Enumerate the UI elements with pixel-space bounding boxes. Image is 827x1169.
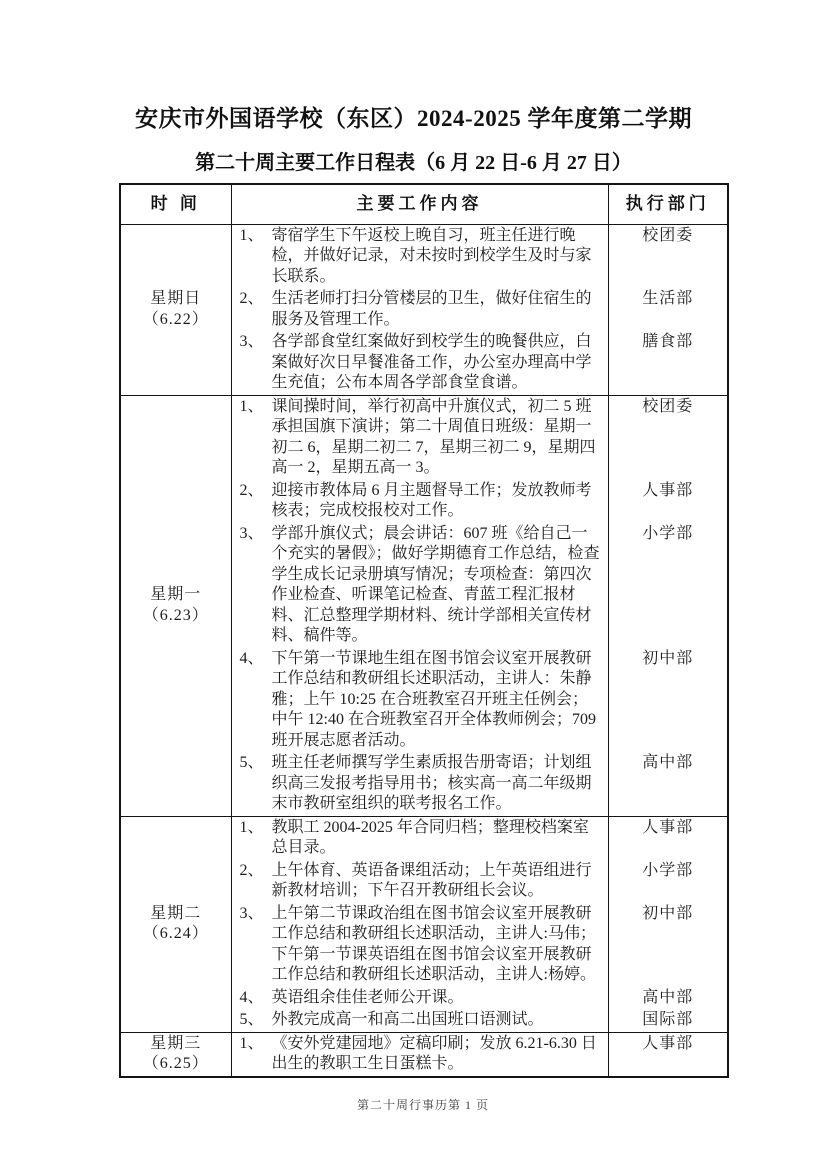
- work-item: 4、下午第一节课地生组在图书馆会议室开展教研工作总结和教研组长述职活动，主讲人：…: [240, 649, 602, 752]
- work-item: 1、寄宿学生下午返校上晚自习，班主任进行晚检，并做好记录，对未按时到校学生及时与…: [240, 226, 602, 288]
- schedule-table-body: 星期日（6.22）1、寄宿学生下午返校上晚自习，班主任进行晚检，并做好记录，对未…: [120, 224, 728, 1077]
- document-page: 安庆市外国语学校（东区）2024-2025 学年度第二学期 第二十周主要工作日程…: [0, 0, 827, 1169]
- item-text-line: 上午第二节课政治组在图书馆会议室开展教研工作总结和教研组长述职活动，主讲人:马伟…: [272, 904, 602, 945]
- content-cell: 2、上午体育、英语备课组活动；上午英语组进行新教材培训；下午召开教研组长会议。: [231, 860, 608, 903]
- item-number: 1、: [240, 226, 272, 288]
- content-cell: 3、学部升旗仪式；晨会讲话：607 班《给自己一个充实的暑假》；做好学期德育工作…: [231, 523, 608, 648]
- item-number: 5、: [240, 753, 272, 815]
- item-text-line: 班主任老师撰写学生素质报告册寄语；计划组织高三发报考指导用书；核实高一高二年级期…: [272, 753, 602, 815]
- work-item: 1、《安外党建园地》定稿印刷；发放 6.21-6.30 日出生的教职工生日蛋糕卡…: [240, 1034, 602, 1075]
- content-cell: 5、班主任老师撰写学生素质报告册寄语；计划组织高三发报考指导用书；核实高一高二年…: [231, 752, 608, 816]
- table-row: 星期一（6.23）1、课间操时间，举行初高中升旗仪式，初二 5 班承担国旗下演讲…: [120, 395, 728, 480]
- item-text-line: 各学部食堂红案做好到校学生的晚餐供应，白案做好次日早餐准备工作，办公室办理高中学…: [272, 332, 602, 394]
- table-header-row: 时 间 主要工作内容 执行部门: [120, 184, 728, 224]
- day-label: 星期日: [121, 289, 231, 310]
- item-text-line: 下午第一节课英语组在图书馆会议室开展教研工作总结和教研组长述职活动，主讲人:杨婷…: [272, 945, 602, 986]
- item-number: 2、: [240, 481, 272, 522]
- item-text-line: 外教完成高一和高二出国班口语测试。: [272, 1010, 602, 1031]
- date-label: （6.23）: [121, 606, 231, 627]
- item-text-line: 生活老师打扫分管楼层的卫生，做好住宿生的服务及管理工作。: [272, 289, 602, 330]
- department-cell: 初中部: [608, 903, 728, 987]
- department-cell: 小学部: [608, 523, 728, 648]
- content-cell: 5、外教完成高一和高二出国班口语测试。: [231, 1009, 608, 1032]
- item-number: 1、: [240, 397, 272, 479]
- content-cell: 2、迎接市教体局 6 月主题督导工作；发放教师考核表；完成校报校对工作。: [231, 480, 608, 523]
- work-item: 1、课间操时间，举行初高中升旗仪式，初二 5 班承担国旗下演讲；第二十周值日班级…: [240, 397, 602, 479]
- work-item: 3、各学部食堂红案做好到校学生的晚餐供应，白案做好次日早餐准备工作，办公室办理高…: [240, 332, 602, 394]
- item-text: 学部升旗仪式；晨会讲话：607 班《给自己一个充实的暑假》；做好学期德育工作总结…: [272, 524, 602, 647]
- day-label: 星期二: [121, 904, 231, 925]
- department-cell: 校团委: [608, 224, 728, 288]
- document-title: 安庆市外国语学校（东区）2024-2025 学年度第二学期: [0, 103, 827, 135]
- work-item: 1、教职工 2004-2025 年合同归档；整理校档案室总目录。: [240, 818, 602, 859]
- date-label: （6.22）: [121, 310, 231, 331]
- item-text: 课间操时间，举行初高中升旗仪式，初二 5 班承担国旗下演讲；第二十周值日班级：星…: [272, 397, 602, 479]
- work-item: 2、生活老师打扫分管楼层的卫生，做好住宿生的服务及管理工作。: [240, 289, 602, 330]
- department-cell: 高中部: [608, 987, 728, 1010]
- date-label: （6.25）: [121, 1054, 231, 1075]
- department-cell: 生活部: [608, 288, 728, 331]
- item-text: 班主任老师撰写学生素质报告册寄语；计划组织高三发报考指导用书；核实高一高二年级期…: [272, 753, 602, 815]
- item-number: 3、: [240, 904, 272, 986]
- work-item: 5、外教完成高一和高二出国班口语测试。: [240, 1010, 602, 1031]
- department-cell: 人事部: [608, 480, 728, 523]
- content-cell: 1、《安外党建园地》定稿印刷；发放 6.21-6.30 日出生的教职工生日蛋糕卡…: [231, 1032, 608, 1077]
- time-cell: 星期二（6.24）: [120, 816, 231, 1032]
- work-item: 5、班主任老师撰写学生素质报告册寄语；计划组织高三发报考指导用书；核实高一高二年…: [240, 753, 602, 815]
- item-text-line: 上午体育、英语备课组活动；上午英语组进行新教材培训；下午召开教研组长会议。: [272, 861, 602, 902]
- content-cell: 3、各学部食堂红案做好到校学生的晚餐供应，白案做好次日早餐准备工作，办公室办理高…: [231, 331, 608, 395]
- item-number: 3、: [240, 332, 272, 394]
- item-number: 1、: [240, 818, 272, 859]
- work-item: 3、学部升旗仪式；晨会讲话：607 班《给自己一个充实的暑假》；做好学期德育工作…: [240, 524, 602, 647]
- item-number: 2、: [240, 289, 272, 330]
- department-cell: 高中部: [608, 752, 728, 816]
- department-cell: 国际部: [608, 1009, 728, 1032]
- item-text: 《安外党建园地》定稿印刷；发放 6.21-6.30 日出生的教职工生日蛋糕卡。: [272, 1034, 602, 1075]
- time-cell: 星期一（6.23）: [120, 395, 231, 816]
- table-row: 星期二（6.24）1、教职工 2004-2025 年合同归档；整理校档案室总目录…: [120, 816, 728, 860]
- department-cell: 膳食部: [608, 331, 728, 395]
- department-cell: 人事部: [608, 1032, 728, 1077]
- item-text-line: 英语组余佳佳老师公开课。: [272, 988, 602, 1009]
- page-footer: 第二十周行事历第 1 页: [119, 1096, 727, 1113]
- item-number: 5、: [240, 1010, 272, 1031]
- header-department: 执行部门: [608, 184, 728, 224]
- date-label: （6.24）: [121, 924, 231, 945]
- table-row: 星期日（6.22）1、寄宿学生下午返校上晚自习，班主任进行晚检，并做好记录，对未…: [120, 224, 728, 288]
- time-cell: 星期日（6.22）: [120, 224, 231, 395]
- work-item: 2、上午体育、英语备课组活动；上午英语组进行新教材培训；下午召开教研组长会议。: [240, 861, 602, 902]
- content-cell: 1、课间操时间，举行初高中升旗仪式，初二 5 班承担国旗下演讲；第二十周值日班级…: [231, 395, 608, 480]
- item-number: 1、: [240, 1034, 272, 1075]
- item-number: 4、: [240, 988, 272, 1009]
- content-cell: 4、英语组余佳佳老师公开课。: [231, 987, 608, 1010]
- work-item: 4、英语组余佳佳老师公开课。: [240, 988, 602, 1009]
- item-text: 外教完成高一和高二出国班口语测试。: [272, 1010, 602, 1031]
- header-time: 时 间: [120, 184, 231, 224]
- schedule-table: 时 间 主要工作内容 执行部门 星期日（6.22）1、寄宿学生下午返校上晚自习，…: [119, 183, 729, 1078]
- content-cell: 1、教职工 2004-2025 年合同归档；整理校档案室总目录。: [231, 816, 608, 860]
- work-item: 2、迎接市教体局 6 月主题督导工作；发放教师考核表；完成校报校对工作。: [240, 481, 602, 522]
- item-text: 下午第一节课地生组在图书馆会议室开展教研工作总结和教研组长述职活动，主讲人：朱静…: [272, 649, 602, 752]
- day-label: 星期一: [121, 585, 231, 606]
- item-number: 3、: [240, 524, 272, 647]
- item-number: 4、: [240, 649, 272, 752]
- content-cell: 3、上午第二节课政治组在图书馆会议室开展教研工作总结和教研组长述职活动，主讲人:…: [231, 903, 608, 987]
- item-text-line: 课间操时间，举行初高中升旗仪式，初二 5 班承担国旗下演讲；第二十周值日班级：星…: [272, 397, 602, 479]
- department-cell: 校团委: [608, 395, 728, 480]
- content-cell: 4、下午第一节课地生组在图书馆会议室开展教研工作总结和教研组长述职活动，主讲人：…: [231, 648, 608, 753]
- item-text: 英语组余佳佳老师公开课。: [272, 988, 602, 1009]
- item-text-line: 《安外党建园地》定稿印刷；发放 6.21-6.30 日出生的教职工生日蛋糕卡。: [272, 1034, 602, 1075]
- item-text-line: 下午第一节课地生组在图书馆会议室开展教研工作总结和教研组长述职活动，主讲人：朱静…: [272, 649, 602, 752]
- item-text: 迎接市教体局 6 月主题督导工作；发放教师考核表；完成校报校对工作。: [272, 481, 602, 522]
- day-label: 星期三: [121, 1034, 231, 1055]
- document-subtitle: 第二十周主要工作日程表（6 月 22 日-6 月 27 日）: [0, 149, 827, 177]
- department-cell: 小学部: [608, 860, 728, 903]
- department-cell: 初中部: [608, 648, 728, 753]
- item-text: 教职工 2004-2025 年合同归档；整理校档案室总目录。: [272, 818, 602, 859]
- item-number: 2、: [240, 861, 272, 902]
- item-text: 生活老师打扫分管楼层的卫生，做好住宿生的服务及管理工作。: [272, 289, 602, 330]
- table-row: 星期三（6.25）1、《安外党建园地》定稿印刷；发放 6.21-6.30 日出生…: [120, 1032, 728, 1077]
- header-content: 主要工作内容: [231, 184, 608, 224]
- department-cell: 人事部: [608, 816, 728, 860]
- work-item: 3、上午第二节课政治组在图书馆会议室开展教研工作总结和教研组长述职活动，主讲人:…: [240, 904, 602, 986]
- item-text-line: 迎接市教体局 6 月主题督导工作；发放教师考核表；完成校报校对工作。: [272, 481, 602, 522]
- item-text: 寄宿学生下午返校上晚自习，班主任进行晚检，并做好记录，对未按时到校学生及时与家长…: [272, 226, 602, 288]
- item-text-line: 寄宿学生下午返校上晚自习，班主任进行晚检，并做好记录，对未按时到校学生及时与家长…: [272, 226, 602, 288]
- content-cell: 1、寄宿学生下午返校上晚自习，班主任进行晚检，并做好记录，对未按时到校学生及时与…: [231, 224, 608, 288]
- item-text: 上午体育、英语备课组活动；上午英语组进行新教材培训；下午召开教研组长会议。: [272, 861, 602, 902]
- content-cell: 2、生活老师打扫分管楼层的卫生，做好住宿生的服务及管理工作。: [231, 288, 608, 331]
- item-text-line: 教职工 2004-2025 年合同归档；整理校档案室总目录。: [272, 818, 602, 859]
- time-cell: 星期三（6.25）: [120, 1032, 231, 1077]
- item-text-line: 学部升旗仪式；晨会讲话：607 班《给自己一个充实的暑假》；做好学期德育工作总结…: [272, 524, 602, 647]
- item-text: 上午第二节课政治组在图书馆会议室开展教研工作总结和教研组长述职活动，主讲人:马伟…: [272, 904, 602, 986]
- item-text: 各学部食堂红案做好到校学生的晚餐供应，白案做好次日早餐准备工作，办公室办理高中学…: [272, 332, 602, 394]
